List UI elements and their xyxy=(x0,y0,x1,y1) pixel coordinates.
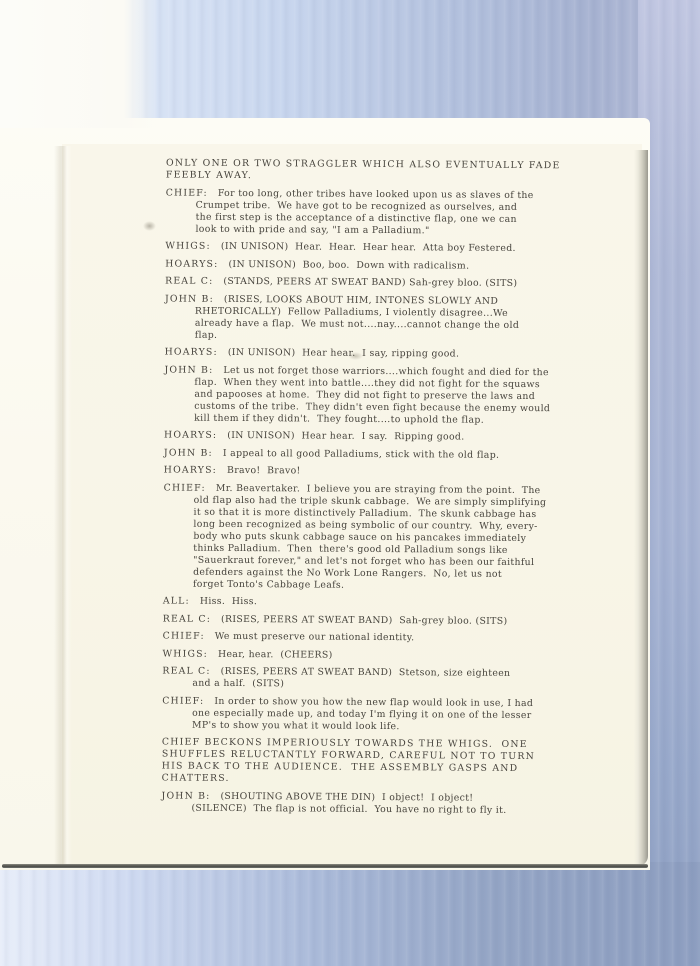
dialogue-entry: CHIEF:For too long, other tribes have lo… xyxy=(165,187,597,238)
speaker-label: JOHN B: xyxy=(164,364,223,375)
speaker-label: CHIEF: xyxy=(162,695,214,706)
dialogue-text: Hiss. Hiss. xyxy=(200,596,257,607)
dialogue-text: (RISES, PEERS AT SWEAT BAND) Sah-grey bl… xyxy=(221,613,507,626)
speaker-label: HOARYS: xyxy=(164,429,227,440)
speaker-label: HOARYS: xyxy=(165,346,228,357)
underlying-page-corner xyxy=(0,0,158,128)
speaker-label: REAL C: xyxy=(163,613,221,624)
dialogue-text: Let us not forget those warriors....whic… xyxy=(194,364,550,425)
dialogue-text: I appeal to all good Palladiums, stick w… xyxy=(223,447,500,460)
speaker-label: REAL C: xyxy=(162,665,220,676)
dialogue-text: Mr. Beavertaker. I believe you are stray… xyxy=(193,482,546,590)
speaker-label: JOHN B: xyxy=(165,293,224,304)
script-entries: ONLY ONE OR TWO STRAGGLER WHICH ALSO EVE… xyxy=(161,157,598,822)
dialogue-entry: WHIGS:Hear, hear. (CHEERS) xyxy=(162,648,594,663)
dialogue-text: Hear, hear. (CHEERS) xyxy=(218,648,333,660)
dialogue-entry: JOHN B:Let us not forget those warriors.… xyxy=(164,364,596,427)
dialogue-text: (IN UNISON) Hear. Hear. Hear hear. Atta … xyxy=(221,241,516,254)
dialogue-text: We must preserve our national identity. xyxy=(215,631,415,643)
dialogue-entry: HOARYS:(IN UNISON) Hear hear. I say, rip… xyxy=(165,346,597,361)
dialogue-entry: JOHN B:I appeal to all good Palladiums, … xyxy=(164,447,596,462)
dialogue-entry: HOARYS:Bravo! Bravo! xyxy=(164,464,596,479)
dialogue-entry: JOHN B:(RISES, LOOKS ABOUT HIM, INTONES … xyxy=(165,293,597,344)
dialogue-text: (SHOUTING ABOVE THE DIN) I object! I obj… xyxy=(191,790,506,815)
pencil-smudge xyxy=(143,221,156,231)
dialogue-text: Bravo! Bravo! xyxy=(227,465,301,477)
dialogue-entry: WHIGS:(IN UNISON) Hear. Hear. Hear hear.… xyxy=(165,240,597,255)
dialogue-entry: CHIEF:In order to show you how the new f… xyxy=(162,695,594,734)
dialogue-text: For too long, other tribes have looked u… xyxy=(195,187,533,235)
speaker-label: WHIGS: xyxy=(163,648,219,659)
dialogue-entry: HOARYS:(IN UNISON) Hear hear. I say. Rip… xyxy=(164,429,596,444)
dialogue-entry: HOARYS:(IN UNISON) Boo, boo. Down with r… xyxy=(165,258,597,273)
dialogue-entry: JOHN B:(SHOUTING ABOVE THE DIN) I object… xyxy=(161,790,593,817)
dialogue-entry: CHIEF:We must preserve our national iden… xyxy=(163,630,595,645)
dialogue-text: (STANDS, PEERS AT SWEAT BAND) Sah-grey b… xyxy=(223,276,517,289)
speaker-label: HOARYS: xyxy=(164,464,227,475)
speaker-label: REAL C: xyxy=(165,275,223,286)
dialogue-entry: CHIEF:Mr. Beavertaker. I believe you are… xyxy=(163,482,596,593)
dialogue-entry: ALL:Hiss. Hiss. xyxy=(163,595,595,610)
speaker-label: CHIEF: xyxy=(164,482,216,493)
dialogue-text: (IN UNISON) Hear hear. I say, ripping go… xyxy=(228,347,460,360)
dialogue-entry: REAL C:(RISES, PEERS AT SWEAT BAND) Sah-… xyxy=(163,613,595,628)
dialogue-text: (RISES, LOOKS ABOUT HIM, INTONES SLOWLY … xyxy=(195,293,519,340)
dialogue-text: (RISES, PEERS AT SWEAT BAND) Stetson, si… xyxy=(192,666,510,689)
speaker-label: JOHN B: xyxy=(162,790,221,801)
page-bottom-edge xyxy=(2,864,648,868)
binding-crease xyxy=(54,146,72,864)
dialogue-entry: REAL C:(STANDS, PEERS AT SWEAT BAND) Sah… xyxy=(165,275,597,290)
stage-direction: CHIEF BECKONS IMPERIOUSLY TOWARDS THE WH… xyxy=(162,736,594,787)
speaker-label: WHIGS: xyxy=(165,240,221,251)
dialogue-entry: REAL C:(RISES, PEERS AT SWEAT BAND) Stet… xyxy=(162,665,594,692)
speaker-label: ALL: xyxy=(163,595,200,606)
speaker-label: CHIEF: xyxy=(166,187,218,198)
dialogue-text: (IN UNISON) Boo, boo. Down with radicali… xyxy=(228,258,469,271)
speaker-label: HOARYS: xyxy=(165,258,228,269)
stage-direction: ONLY ONE OR TWO STRAGGLER WHICH ALSO EVE… xyxy=(166,157,598,184)
dialogue-text: (IN UNISON) Hear hear. I say. Ripping go… xyxy=(227,430,464,443)
speaker-label: CHIEF: xyxy=(163,630,215,641)
speaker-label: JOHN B: xyxy=(164,447,223,458)
dialogue-text: In order to show you how the new flap wo… xyxy=(192,695,533,731)
page-stack-edge xyxy=(634,150,648,866)
